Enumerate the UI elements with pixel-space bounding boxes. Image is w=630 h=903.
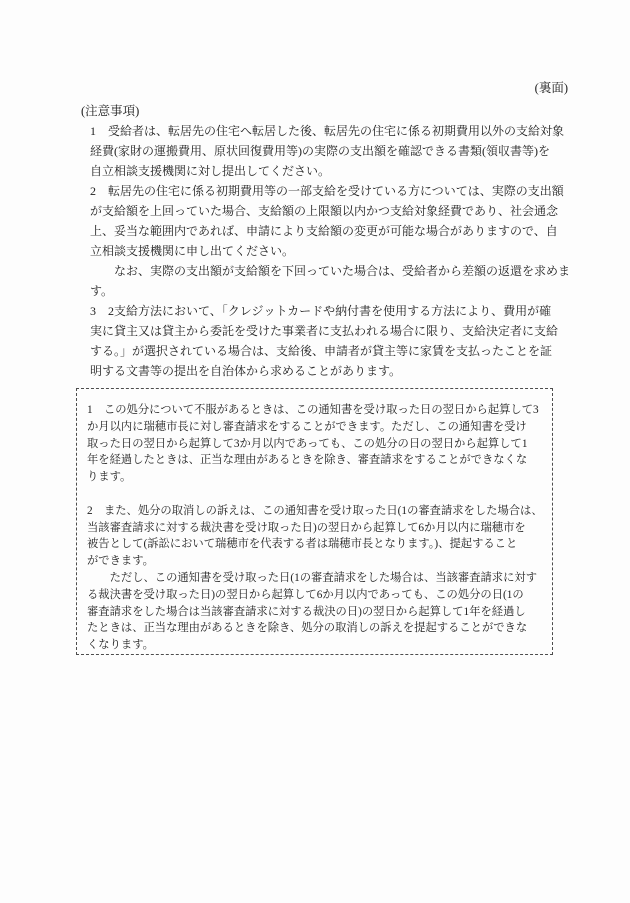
notes-item-1: 1 受給者は、転居先の住宅へ転居した後、転居先の住宅に係る初期費用以外の支給対象… [90,121,581,181]
document-page: (裏面) (注意事項) 1 受給者は、転居先の住宅へ転居した後、転居先の住宅に係… [0,0,630,903]
notes-item-2: 2 転居先の住宅に係る初期費用等の一部支給を受けている方については、実際の支出額… [90,181,581,301]
notes-section: (注意事項) 1 受給者は、転居先の住宅へ転居した後、転居先の住宅に係る初期費用… [81,101,581,381]
appeal-paragraph-1: 1 この処分について不服があるときは、この通知書を受け取った日の翌日から起算して… [87,402,544,486]
notes-item-3: 3 2支給方法において、「クレジットカードや納付書を使用する方法により、費用が確… [90,301,581,381]
notes-heading: (注意事項) [81,101,581,121]
corner-label: (裏面) [535,80,568,96]
appeal-paragraph-2: 2 また、処分の取消しの訴えは、この通知書を受け取った日(1の審査請求をした場合… [87,503,544,654]
appeal-notice-box: 1 この処分について不服があるときは、この通知書を受け取った日の翌日から起算して… [76,388,553,655]
